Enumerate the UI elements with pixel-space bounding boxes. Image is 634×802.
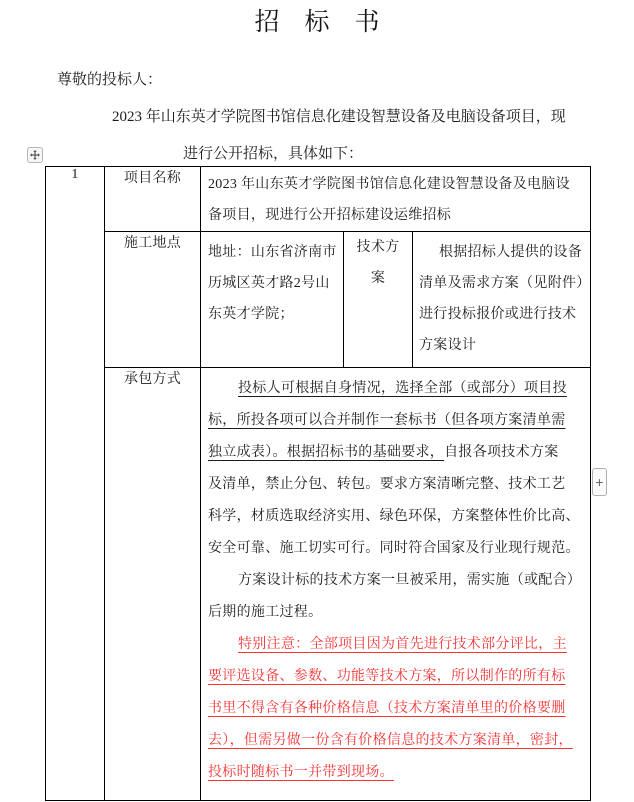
document-page: 招 标 书 尊敬的投标人： 2023 年山东英才学院图书馆信息化建设智慧设备及电… [0,0,634,802]
contract-line: 后期的施工过程。 [208,597,585,629]
move-arrows-icon [30,150,40,160]
site-label: 施工地点 [124,236,181,251]
site-address-cell[interactable]: 地址：山东省济南市 历城区英才路2号山 东英才学院； [201,232,344,368]
contract-label: 承包方式 [124,372,181,387]
project-name-line: 2023 年山东英才学院图书馆信息化建设智慧设备及电脑设 [208,169,584,200]
project-name-value-cell[interactable]: 2023 年山东英才学院图书馆信息化建设智慧设备及电脑设 备项目，现进行公开招标… [201,167,591,232]
table-row: 施工地点 地址：山东省济南市 历城区英才路2号山 东英才学院； 技术方 案 根据… [46,232,591,368]
tech-plan-desc-cell[interactable]: 根据招标人提供的设备 清单及需求方案（见附件） 进行投标报价或进行技术 方案设计 [413,232,591,368]
contract-line: 标，所投各项可以合并制作一套标书（但各项方案清单需 [208,405,585,437]
contract-special-note-line: 投标时随标书一并带到现场。 [208,757,585,789]
contract-line: 方案设计标的技术方案一旦被采用，需实施（或配合） [208,565,585,597]
table-row: 承包方式 投标人可根据自身情况，选择全部（或部分）项目投 标，所投各项可以合并制… [46,368,591,801]
tender-info-table: 1 项目名称 2023 年山东英才学院图书馆信息化建设智慧设备及电脑设 备项目，… [45,166,591,801]
tech-plan-label-line: 技术方 [344,232,412,263]
contract-special-note-line: 特别注意：全部项目因为首先进行技术部分评比，主 [208,629,585,661]
contract-special-note-line: 去），但需另做一份含有价格信息的技术方案清单，密封， [208,725,585,757]
intro-paragraph-line-2: 进行公开招标，具体如下： [183,144,363,164]
contract-special-note-line: 书里不得含有各种价格信息（技术方案清单里的价格要删 [208,693,585,725]
tech-plan-desc-line: 方案设计 [419,330,585,361]
project-name-label: 项目名称 [124,171,181,186]
contract-line: 科学，材质选取经济实用、绿色环保，方案整体性价比高、 [208,501,585,533]
contract-line: 投标人可根据自身情况，选择全部（或部分）项目投 [208,373,585,405]
insert-row-button[interactable]: + [592,468,607,496]
contract-terms-cell[interactable]: 投标人可根据自身情况，选择全部（或部分）项目投 标，所投各项可以合并制作一套标书… [201,368,591,801]
site-label-cell[interactable]: 施工地点 [105,232,201,368]
contract-special-note-line: 要评选设备、参数、功能等技术方案，所以制作的所有标 [208,661,585,693]
tech-plan-desc-line: 根据招标人提供的设备 [419,237,585,268]
site-address-line: 历城区英才路2号山 [208,268,339,299]
contract-line: 安全可靠、施工切实可行。同时符合国家及行业现行规范。 [208,533,585,565]
contract-line: 独立成表）。根据招标书的基础要求，自报各项技术方案 [208,437,585,469]
project-name-line: 备项目，现进行公开招标建设运维招标 [208,200,584,231]
project-name-label-cell[interactable]: 项目名称 [105,167,201,232]
site-address-line: 东英才学院； [208,299,339,330]
tech-plan-label-line: 案 [344,263,412,294]
site-address-line: 地址：山东省济南市 [208,237,339,268]
tech-plan-desc-line: 进行投标报价或进行技术 [419,299,585,330]
tech-plan-label-cell[interactable]: 技术方 案 [344,232,413,368]
intro-paragraph-line-1: 2023 年山东英才学院图书馆信息化建设智慧设备及电脑设备项目，现 [112,107,566,127]
contract-label-cell[interactable]: 承包方式 [105,368,201,801]
contract-line: 及清单，禁止分包、转包。要求方案清晰完整、技术工艺 [208,469,585,501]
tech-plan-desc-line: 清单及需求方案（见附件） [419,268,585,299]
greeting-line: 尊敬的投标人： [57,70,162,90]
table-row: 1 项目名称 2023 年山东英才学院图书馆信息化建设智慧设备及电脑设 备项目，… [46,167,591,232]
document-title: 招 标 书 [0,8,634,38]
row-number-cell[interactable]: 1 [46,167,105,801]
row-number: 1 [71,167,78,182]
table-move-handle-icon[interactable] [27,147,43,163]
